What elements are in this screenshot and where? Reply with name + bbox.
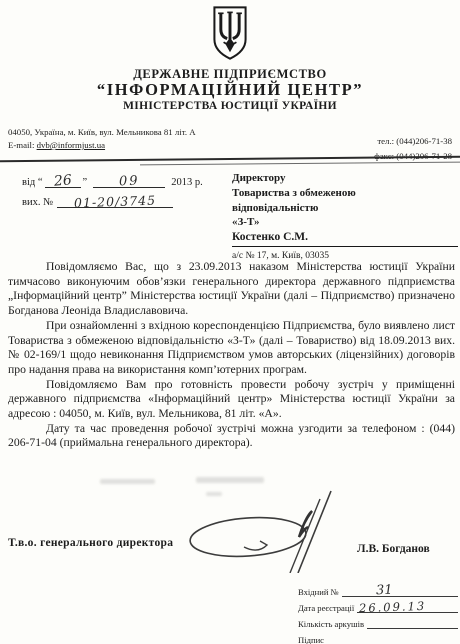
handwritten-incoming-number: 31 xyxy=(375,583,392,599)
handwritten-signature xyxy=(186,487,338,573)
stamp-incoming-row: Вхідний № 31 xyxy=(298,584,458,597)
date-line: від “ 26 ” 09 2013 р. xyxy=(22,171,203,188)
ink-smudge xyxy=(196,477,264,483)
stamp-signature-blank xyxy=(327,632,458,644)
stamp-incoming-label: Вхідний № xyxy=(298,587,342,597)
email-line: E-mail: dvb@informjust.ua xyxy=(8,139,196,152)
stamp-signature-label: Підпис xyxy=(298,635,327,644)
signer-title: Т.в.о. генерального директора xyxy=(8,537,173,549)
stamp-date-label: Дата реєстрації xyxy=(298,603,357,613)
stamp-sheets-row: Кількість аркушів xyxy=(298,616,458,629)
handwritten-outgoing-number: 01-20/3745 xyxy=(74,193,157,211)
stamp-signature-row: Підпис xyxy=(298,632,458,644)
date-day-blank: 26 xyxy=(45,171,81,188)
stamp-incoming-blank: 31 xyxy=(342,584,458,597)
recipient-name: Костенко С.М. xyxy=(232,231,308,243)
org-name-line: “ІНФОРМАЦІЙНИЙ ЦЕНТР” xyxy=(0,80,460,100)
ink-smudge xyxy=(100,479,155,484)
contact-phone-block: тел.: (044)206-71-38 факс: (044)206-71-2… xyxy=(374,134,452,163)
date-year: 2013 р. xyxy=(171,177,203,188)
stamp-date-row: Дата реєстрації 26.09.13 xyxy=(298,600,458,613)
scanned-letter-page: ДЕРЖАВНЕ ПІДПРИЄМСТВО “ІНФОРМАЦІЙНИЙ ЦЕН… xyxy=(0,0,460,644)
outgoing-label: вих. № xyxy=(22,197,53,208)
trident-emblem-icon xyxy=(208,4,252,62)
header-divider-line-secondary xyxy=(140,162,460,166)
recipient-line: Товариства з обмеженою xyxy=(232,186,458,201)
registration-stamp-block: Вхідний № 31 Дата реєстрації 26.09.13 Кі… xyxy=(298,584,458,644)
recipient-block: Директору Товариства з обмеженою відпові… xyxy=(232,171,458,264)
email-address: dvb@informjust.ua xyxy=(37,140,105,150)
recipient-line: Директору xyxy=(232,171,458,186)
date-month-blank: 09 xyxy=(93,172,165,188)
recipient-line: відповідальністю xyxy=(232,201,458,216)
letter-body: Повідомляємо Вас, що з 23.09.2013 наказо… xyxy=(8,260,455,451)
outgoing-number-line: вих. № 01-20/3745 xyxy=(22,192,203,208)
contact-address-block: 04050, Україна, м. Київ, вул. Мельникова… xyxy=(8,126,196,152)
body-paragraph: Повідомляємо Вам про готовність провести… xyxy=(8,378,455,422)
stamp-sheets-label: Кількість аркушів xyxy=(298,619,367,629)
email-label: E-mail: xyxy=(8,140,34,150)
stamp-date-blank: 26.09.13 xyxy=(357,600,458,613)
recipient-line: «З-Т» xyxy=(232,215,458,230)
phone-line: тел.: (044)206-71-38 xyxy=(374,134,452,149)
stamp-sheets-blank xyxy=(367,616,458,629)
date-close-quote: ” xyxy=(83,177,88,188)
body-paragraph: Дату та час проведення робочої зустрічі … xyxy=(8,422,455,451)
outgoing-number-blank: 01-20/3745 xyxy=(57,192,173,208)
body-paragraph: При ознайомленні з вхідною кореспонденці… xyxy=(8,319,455,378)
handwritten-day: 26 xyxy=(53,172,72,189)
handwritten-registration-date: 26.09.13 xyxy=(359,599,427,615)
body-paragraph: Повідомляємо Вас, що з 23.09.2013 наказо… xyxy=(8,260,455,319)
address-line: 04050, Україна, м. Київ, вул. Мельникова… xyxy=(8,126,196,139)
signer-name: Л.В. Богданов xyxy=(357,543,430,555)
date-prefix: від “ xyxy=(22,177,43,188)
reference-block: від “ 26 ” 09 2013 р. вих. № 01-20/3745 xyxy=(22,171,203,212)
handwritten-month: 09 xyxy=(119,174,140,190)
recipient-name-row: Костенко С.М. xyxy=(232,230,458,247)
org-parent-line: МІНІСТЕРСТВА ЮСТИЦІЇ УКРАЇНИ xyxy=(0,100,460,112)
